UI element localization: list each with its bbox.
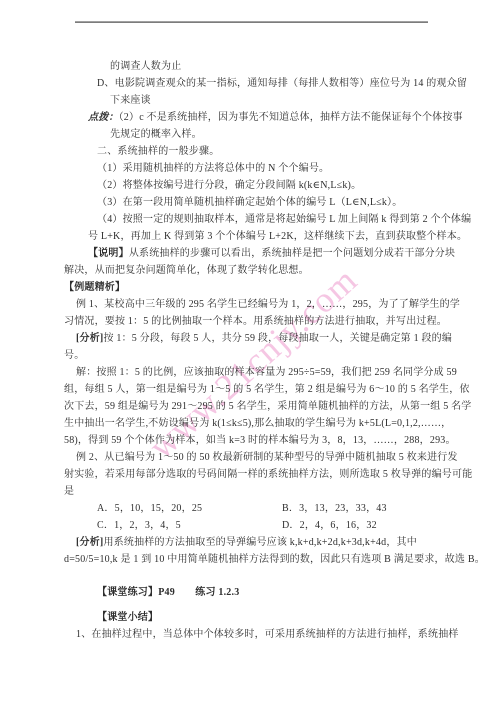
text-line: 先规定的概率入样。 [110,126,444,143]
text-label: 【课堂练习】P49 练习 1.2.3 [97,587,239,598]
text-content: 从系统抽样的步骤可以看出，系统抽样是把一个问题划分成若干部分分块 [129,248,455,259]
text-content: 按 1：5 分段，每段 5 人，共分 59 段，每段抽取一人，关键是确定第 1 … [103,333,452,344]
text-line: （4）按照一定的规则抽取样本，通常是将起始编号 L 加上间隔 k 得到第 2 个… [97,211,444,228]
text-content: 用系统抽样的方法抽取至的导弹编号应该 k,k+d,k+2d,k+3d,k+4d，… [103,537,416,548]
document-page: www.21cnjy.com 的调查人数为止D、电影院调查观众的某一指标，通知每… [0,0,500,707]
text-content: （2）c 不是系统抽样，因为事先不知道总体，抽样方法不能保证每个个体按事 [119,112,463,123]
text-content: d=50/5=10,k 是 1 到 10 中用简单随机抽样方法得到的数，因此只有… [64,554,485,565]
text-line: 例 1、某校高中三年级的 295 名学生已经编号为 1，2，……，295，为了了… [76,296,444,313]
text-label: 【课堂小结】 [97,612,158,623]
text-content: 例 1、某校高中三年级的 295 名学生已经编号为 1，2，……，295，为了了… [76,299,460,310]
text-content: 号 L+K，再加上 K 得到第 3 个个体编号 L+2K，这样继续下去，直到获取… [88,231,467,242]
text-content: 的调查人数为止 [110,61,181,72]
text-content: （4）按照一定的规则抽取样本，通常是将起始编号 L 加上间隔 k 得到第 2 个… [97,214,471,225]
text-content: 解决，从而把复杂问题简单化，体现了数学转化思想。 [64,265,309,276]
text-content: 生中抽出一名学生,不妨设编号为 k(1≤k≤5),那么抽取的学生编号为 k+5L… [64,418,451,429]
text-content: （3）在第一段用简单随机抽样确定起始个体的编号 L（L∈N,L≤k）。 [97,197,402,208]
text-line: （2）将整体按编号进行分段，确定分段间隔 k(k∈N,L≤k)。 [97,177,444,194]
text-line: 习情况，要按 1：5 的比例抽取一个样本。用系统抽样的方法进行抽取，并写出过程。 [64,313,444,330]
text-label: [分析] [76,333,103,344]
text-line: 下来座谈 [110,92,444,109]
text-line: 1、在抽样过程中，当总体中个体较多时，可采用系统抽样的方法进行抽样，系统抽样 [76,626,444,643]
text-line: 58)，得到 59 个个体作为样本，如当 k=3 时的样本编号为 3，8，13，… [64,432,444,449]
text-line: d=50/5=10,k 是 1 到 10 中用简单随机抽样方法得到的数，因此只有… [64,551,444,568]
text-line: [分析]按 1：5 分段，每段 5 人，共分 59 段，每段抽取一人，关键是确定… [76,330,444,347]
text-line: 次下去，59 组是编号为 291～295 的 5 名学生，采用简单随机抽样的方法… [64,398,444,415]
text-content: 1、在抽样过程中，当总体中个体较多时，可采用系统抽样的方法进行抽样，系统抽样 [76,629,459,640]
text-content: （1）采用随机抽样的方法将总体中的 N 个个编号。 [97,163,329,174]
text-content: 是 [64,486,74,497]
option-right: B．3，13，23，33，43 [282,503,387,514]
text-content: 射实验，若采用每部分选取的号码间隔一样的系统抽样方法，则所选取 5 枚导弹的编号… [64,469,472,480]
option-row: C．1，2，3，4，5D．2，4，6，16，32 [97,517,444,534]
text-line: 解：按照 1：5 的比例，应该抽取的样本容量为 295÷5=59，我们把 259… [76,364,444,381]
document-body: 的调查人数为止D、电影院调查观众的某一指标，通知每排（每排人数相等）座位号为 1… [64,58,444,643]
text-line: 【例题精析】 [64,279,444,296]
text-content: 58)，得到 59 个个体作为样本，如当 k=3 时的样本编号为 3，8，13，… [64,435,456,446]
option-row: A．5，10，15，20，25B．3，13，23，33，43 [97,500,444,517]
text-content: 次下去，59 组是编号为 291～295 的 5 名学生，采用简单随机抽样的方法… [64,401,472,412]
text-label: 【说明】 [88,248,129,259]
text-content: 下来座谈 [110,95,151,106]
text-line: 解决，从而把复杂问题简单化，体现了数学转化思想。 [64,262,444,279]
text-line: 是 [64,483,444,500]
text-label: 点拨： [88,112,119,123]
option-left: A．5，10，15，20，25 [97,500,282,517]
text-line: 【说明】从系统抽样的步骤可以看出，系统抽样是把一个问题划分成若干部分分块 [88,245,444,262]
text-line: （3）在第一段用简单随机抽样确定起始个体的编号 L（L∈N,L≤k）。 [97,194,444,211]
option-left: C．1，2，3，4，5 [97,517,282,534]
text-content: 号。 [64,350,84,361]
text-label: 【例题精析】 [64,282,125,293]
text-line: 生中抽出一名学生,不妨设编号为 k(1≤k≤5),那么抽取的学生编号为 k+5L… [64,415,444,432]
page-top-rule [75,21,428,23]
text-line: [分析]用系统抽样的方法抽取至的导弹编号应该 k,k+d,k+2d,k+3d,k… [76,534,444,551]
text-line: D、电影院调查观众的某一指标，通知每排（每排人数相等）座位号为 14 的观众留 [97,75,444,92]
text-content: 习情况，要按 1：5 的比例抽取一个样本。用系统抽样的方法进行抽取，并写出过程。 [64,316,447,327]
text-content: （2）将整体按编号进行分段，确定分段间隔 k(k∈N,L≤k)。 [97,180,361,191]
text-content: 二、系统抽样的一般步骤。 [97,146,219,157]
text-label: [分析] [76,537,103,548]
option-right: D．2，4，6，16，32 [282,520,377,531]
text-content: 先规定的概率入样。 [110,129,202,140]
text-line: 号。 [64,347,444,364]
text-line: 二、系统抽样的一般步骤。 [97,143,444,160]
text-content: D、电影院调查观众的某一指标，通知每排（每排人数相等）座位号为 14 的观众留 [97,78,467,89]
text-content: 例 2、从已编号为 1～50 的 50 枚最新研制的某种型号的导弹中随机抽取 5… [76,452,458,463]
text-line: 点拨：（2）c 不是系统抽样，因为事先不知道总体，抽样方法不能保证每个个体按事 [88,109,444,126]
text-line: 【课堂练习】P49 练习 1.2.3 [97,584,444,601]
text-content: 组，每组 5 人，第一组是编号为 1～5 的 5 名学生，第 2 组是编号为 6… [64,384,470,395]
text-line: 例 2、从已编号为 1～50 的 50 枚最新研制的某种型号的导弹中随机抽取 5… [76,449,444,466]
text-line: 组，每组 5 人，第一组是编号为 1～5 的 5 名学生，第 2 组是编号为 6… [64,381,444,398]
text-line: 射实验，若采用每部分选取的号码间隔一样的系统抽样方法，则所选取 5 枚导弹的编号… [64,466,444,483]
text-line: 号 L+K，再加上 K 得到第 3 个个体编号 L+2K，这样继续下去，直到获取… [88,228,444,245]
text-line: （1）采用随机抽样的方法将总体中的 N 个个编号。 [97,160,444,177]
text-content: 解：按照 1：5 的比例，应该抽取的样本容量为 295÷5=59，我们把 259… [76,367,457,378]
text-line: 的调查人数为止 [110,58,444,75]
text-line: 【课堂小结】 [97,609,444,626]
